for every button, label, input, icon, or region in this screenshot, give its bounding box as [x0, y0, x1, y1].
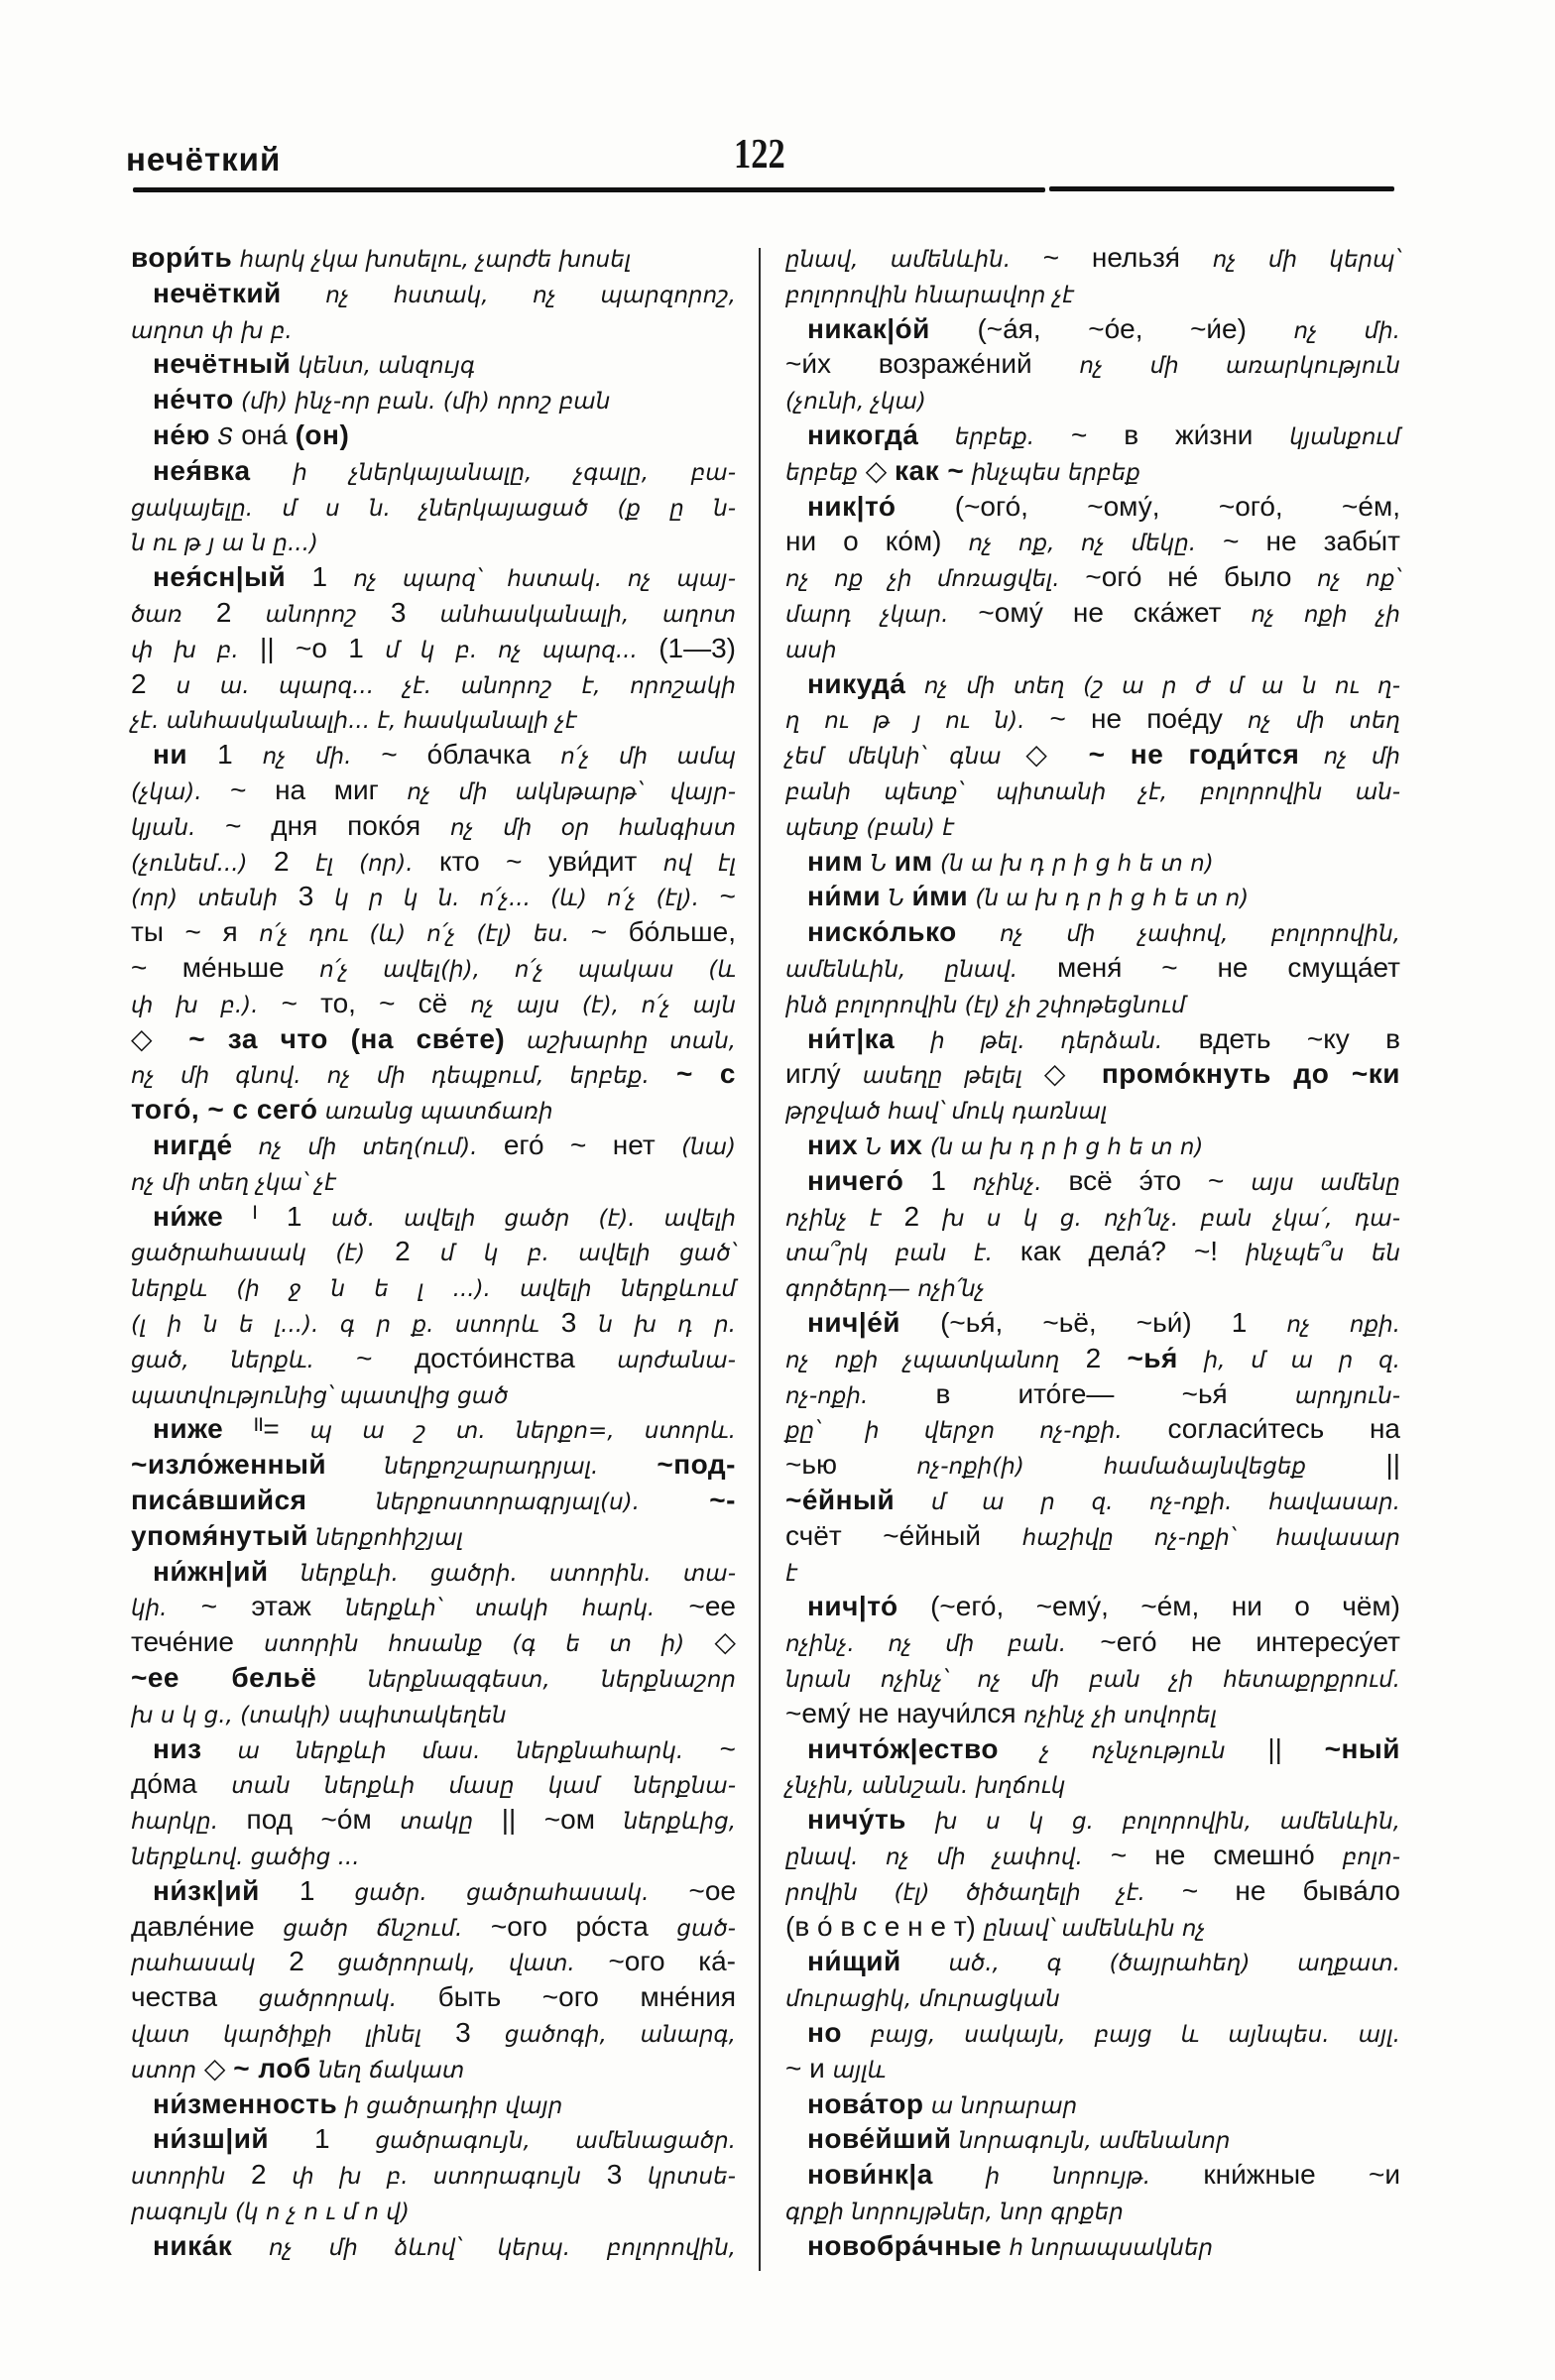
headword: ни́ми	[807, 881, 881, 911]
entry-first-line: ниско́лько ոչ մի չափով, բոլորովին,	[807, 914, 1400, 950]
armenian-translation: բոլորովին հնարավոր չէ	[785, 283, 1074, 308]
headword: ничто́ж|ество	[807, 1733, 999, 1764]
line-text: нея́вка ի չներկայանալը, չգալը, բա-	[153, 453, 736, 492]
russian-text: ◇	[1002, 739, 1089, 770]
headword: ~ лоб	[233, 2053, 310, 2083]
headword: промо́кнуть до ~ки	[1102, 1058, 1400, 1089]
armenian-translation: ոչ այս (է), ո՛չ այն	[470, 993, 736, 1018]
armenian-translation: (ն ա խ դ ր ի ց հ ե տ ո)	[968, 886, 1249, 911]
armenian-translation: կյան.	[131, 815, 195, 841]
armenian-translation: մ կ բ. ոչ պարզ...	[385, 638, 638, 663]
line-text: (չունի, չկա)	[785, 382, 926, 420]
entry-continuation-line: ոչ ոք չի մոռացվել. ~ого́ не́ было ոչ ոք՝	[785, 559, 1400, 595]
headword: ни́зменность	[153, 2088, 337, 2119]
entry-first-line: нове́йший նորագույն, ամենանոր	[807, 2121, 1400, 2157]
headword: нова́тор	[807, 2088, 923, 2119]
russian-text: 2	[256, 1946, 338, 1976]
armenian-translation: ինչպե՞ս են	[1246, 1241, 1400, 1266]
line-text: է	[785, 1554, 797, 1593]
line-text: но բայց, սակայն, բայց և այնպես. այլ.	[807, 2015, 1400, 2054]
line-text: ни́зк|ий 1 ցածր. ցածրահասակ. ~ое	[153, 1873, 736, 1912]
armenian-translation: հարկ չկա խոսելու, չարժե խոսել	[232, 247, 631, 273]
headword: низ	[153, 1733, 202, 1764]
left-column: вори́ть հարկ չկա խոսելու, չարժե խոսելнеч…	[131, 0, 736, 2380]
entry-first-line: них Ն их (ն ա խ դ ր ի ց հ ե տ ո)	[807, 1128, 1400, 1163]
armenian-translation: ոչ մի առարկություն	[1079, 353, 1400, 379]
entry-first-line: ничто́ж|ество չ ոչնչություն || ~ный	[807, 1731, 1400, 1767]
line-text: ~ему́ не научи́лся ոչինչ չի սովորել	[785, 1696, 1217, 1734]
entry-continuation-line: ղ ու թ յ ու ն). ~ не пое́ду ոչ մի տեղ	[785, 701, 1400, 737]
entry-continuation-line: րովին (էլ) ծիծաղելի չէ. ~ не быва́ло	[785, 1873, 1400, 1909]
line-text: ~ее бельё ներքնազգեստ, ներքնաշոր	[131, 1660, 736, 1699]
armenian-translation: ասի	[785, 638, 837, 663]
armenian-translation: աշխարհը տան,	[505, 1028, 736, 1054]
headword: упомя́нутый	[131, 1520, 308, 1551]
line-text: բոլորովին հնարավոր չէ	[785, 276, 1074, 314]
line-text: писа́вшийся ներքոստորագրյալ(ս). ~-	[131, 1483, 736, 1521]
russian-text: ~ то, ~ сё	[258, 988, 470, 1018]
entry-continuation-line: упомя́нутый ներքոհիշյալ	[131, 1518, 736, 1554]
armenian-translation: ո՛չ մի ամպ	[560, 744, 736, 770]
russian-text: ~	[683, 1733, 736, 1764]
line-text: ղ ու թ յ ու ն). ~ не пое́ду ոչ մի տեղ	[785, 701, 1400, 740]
line-text: ни́жн|ий ներքևի. ցածրի. ստորին. տա-	[153, 1554, 736, 1593]
russian-text: ◇	[196, 2053, 233, 2083]
entry-continuation-line: ~ему́ не научи́лся ոչինչ չի սովորել	[785, 1696, 1400, 1731]
headword: ника́к	[153, 2230, 232, 2261]
entry-first-line: нея́сн|ый 1 ոչ պարզ՝ հստակ. ոչ պայ-	[153, 559, 736, 595]
russian-text: кни́жные ~и	[1150, 2159, 1400, 2190]
russian-text: 2	[1059, 1343, 1127, 1373]
entry-continuation-line: того́, ~ с сего́ առանց պատճառի	[131, 1092, 736, 1128]
dictionary-page: нечёткий 122 вори́ть հարկ չկա խոսելու, չ…	[0, 0, 1555, 2380]
russian-text: 2	[247, 846, 315, 877]
armenian-translation: ի, մ ա ր զ.	[1178, 1348, 1400, 1373]
armenian-translation: ոչ մի.	[263, 744, 352, 770]
line-text: քը՝ ի վերջո ոչ-ոքի. согласи́тесь на	[785, 1411, 1400, 1450]
armenian-translation: հ նորապսակներ	[1002, 2235, 1213, 2261]
headword: не́ю	[153, 419, 210, 450]
armenian-translation: ծառ	[131, 602, 182, 628]
armenian-translation: ներքևից,	[623, 1809, 736, 1835]
entry-first-line: ничу́ть խ ս կ ց. բոլորովին, ամենևին,	[807, 1802, 1400, 1838]
entry-continuation-line: 2 ս ա. պարզ... չէ. անորոշ է, որոշակի	[131, 666, 736, 702]
entry-continuation-line: պատվությունից՝ պատվից ցած	[131, 1376, 736, 1412]
line-text: ~и́х возраже́ний ոչ մի առարկություն	[785, 346, 1400, 385]
russian-text: (~ья́, ~ьё, ~ьи́) 1	[900, 1307, 1286, 1338]
line-text: 2 ս ա. պարզ... չէ. անորոշ է, որոշակի	[131, 666, 736, 705]
entry-continuation-line: ստորին 2 փ խ բ. ստորագույն 3 կրտսե-	[131, 2157, 736, 2193]
line-text: никуда́ ոչ մի տեղ (շ ա ր ժ մ ա ն ու ղ-	[807, 666, 1400, 705]
line-text: вори́ть հարկ չկա խոսելու, չարժե խոսել	[131, 240, 631, 279]
headword: ниже	[153, 1413, 223, 1444]
russian-text: 2	[225, 2159, 292, 2190]
entry-continuation-line: (в о́ в с е н е т) ընավ՝ ամենևին ոչ	[785, 1909, 1400, 1945]
armenian-translation: ցածրահասակ (է)	[131, 1241, 365, 1266]
entry-continuation-line: վատ կարծիքի լինել 3 ցածոգի, անարգ,	[131, 2015, 736, 2051]
russian-text: 2	[182, 597, 266, 628]
armenian-translation: ցած, ներքև.	[131, 1348, 314, 1373]
entry-continuation-line: քը՝ ի վերջո ոչ-ոքի. согласи́тесь на	[785, 1411, 1400, 1447]
headword: ник|то́	[807, 491, 896, 522]
armenian-translation: ցածր. ցածրահասակ.	[355, 1880, 650, 1906]
entry-continuation-line: չեմ մեկնի՝ գնա ◇ ~ не годи́тся ոչ մի	[785, 737, 1400, 773]
russian-text: (~ого́, ~ому́, ~ого́, ~е́м,	[896, 491, 1400, 522]
armenian-translation: մուրացիկ, մուրացկան	[785, 1986, 1060, 2012]
line-text: нова́тор ա նորարար	[807, 2086, 1077, 2125]
entry-continuation-line: մուրացիկ, մուրացկան	[785, 1979, 1400, 2015]
armenian-translation: ներքև (ի ջ ն ե լ ...). ավելի ներքևում	[131, 1276, 736, 1302]
armenian-translation: ցածրագույն, ամենացածր.	[376, 2128, 736, 2154]
headword: ~е́йный	[785, 1485, 895, 1515]
line-text: պետք (բան) է	[785, 808, 954, 847]
line-text: нич|то́ (~его́, ~ему́, ~е́м, ни о чём)	[807, 1589, 1400, 1624]
armenian-translation: պ ա շ տ. ներքո=, ստորև.	[310, 1418, 736, 1444]
armenian-translation: ոչ ոքի.	[1286, 1312, 1400, 1338]
armenian-translation: պատվությունից՝ պատվից ցած	[131, 1383, 508, 1409]
armenian-translation: ցածրորակ, վատ.	[337, 1951, 574, 1976]
headword: ниско́лько	[807, 916, 957, 947]
headword: нич|то́	[807, 1591, 898, 1621]
line-text: տա՞րկ բան է. как дела́? ~! ինչպե՞ս են	[785, 1234, 1400, 1272]
line-text: ընավ. ոչ մի չափով. ~ не смешно́ բոլո-	[785, 1838, 1400, 1876]
entry-continuation-line: գրքի նորույթներ, նոր գրքեր	[785, 2193, 1400, 2228]
line-text: փ խ բ.). ~ то, ~ сё ոչ այս (է), ո՛չ այն	[131, 986, 736, 1024]
russian-text: ~ бо́льше,	[569, 916, 736, 947]
armenian-translation: (ն ա խ դ ր ի ց հ ե տ ո)	[922, 1134, 1203, 1160]
headword: как ~	[895, 455, 964, 486]
entry-continuation-line: ներքևով. ցածից ...	[131, 1838, 736, 1873]
headword: новобра́чные	[807, 2230, 1002, 2261]
armenian-translation: ցածր ճնշում.	[283, 1916, 462, 1942]
headword: них	[807, 1130, 858, 1160]
headword: и́ми	[911, 881, 968, 911]
armenian-translation: նորագույն, ամենանոր	[951, 2128, 1230, 2154]
line-text: тече́ние ստորին հոսանք (գ ե տ ի) ◇	[131, 1624, 736, 1663]
entry-continuation-line: մարդ չկար. ~ому́ не ска́жет ոչ ոքի չի	[785, 595, 1400, 631]
line-text: не́что (մի) ինչ-որ բան. (մի) որոշ բան	[153, 382, 610, 420]
entry-continuation-line: счёт ~е́йный հաշիվը ոչ-ոքի՝ հավասար	[785, 1518, 1400, 1554]
russian-text: иглу́	[785, 1058, 863, 1089]
entry-continuation-line: давле́ние ցածր ճնշում. ~ого ро́ста ցած-	[131, 1909, 736, 1945]
line-text: нови́нк|а ի նորույթ. кни́жные ~и	[807, 2157, 1400, 2196]
armenian-translation: ոչ ոք, ոչ մեկը.	[969, 531, 1197, 556]
armenian-translation: վատ կարծիքի լինել	[131, 2022, 421, 2048]
armenian-translation: թրջված հավ՝ մուկ դառնալ	[785, 1099, 1107, 1125]
entry-first-line: нич|то́ (~его́, ~ему́, ~е́м, ни о чём)	[807, 1589, 1400, 1624]
russian-text: ~ нельзя́	[1011, 242, 1213, 273]
entry-continuation-line: ~ее бельё ներքնազգեստ, ներքնաշոր	[131, 1660, 736, 1696]
line-text: (в о́ в с е н е т) ընավ՝ ամենևին ոչ	[785, 1909, 1206, 1948]
entry-continuation-line: иглу́ ասեղը թելել ◇ промо́кнуть до ~ки	[785, 1056, 1400, 1092]
armenian-translation: ոչ-ոքի(ի) համաձայնվեցեք	[916, 1454, 1306, 1480]
armenian-translation: ընավ՝ ամենևին ոչ	[984, 1916, 1206, 1942]
headword: ~ не годи́тся	[1089, 739, 1300, 770]
entry-continuation-line: ինձ բոլորովին (էլ) չի շփոթեցնում	[785, 986, 1400, 1021]
line-text: ցածրահասակ (է) 2 մ կ բ. ավելի ցած՝	[131, 1234, 736, 1272]
headword: ~изло́женный	[131, 1449, 326, 1480]
line-text: ни́т|ка ի թել. դերձան. вдеть ~ку в	[807, 1021, 1400, 1060]
russian-text: ~ого ка́-	[575, 1946, 736, 1976]
armenian-translation: ցած-	[676, 1916, 736, 1942]
russian-text: счёт ~е́йный	[785, 1520, 1022, 1551]
line-text: того́, ~ с сего́ առանց պատճառի	[131, 1092, 553, 1130]
armenian-translation: ցածոգի, անարգ,	[505, 2022, 736, 2048]
headword: ~-	[640, 1485, 736, 1515]
armenian-translation: ոչ հստակ, ոչ պարզորոշ,	[282, 283, 736, 308]
russian-text: всё э́то ~	[1042, 1165, 1252, 1196]
line-text: низ ա ներքևի մաս. ներքնահարկ. ~	[153, 1731, 736, 1770]
russian-text: ~ не быва́ло	[1145, 1875, 1400, 1906]
armenian-translation: գրքի նորույթներ, նոր գրքեր	[785, 2200, 1124, 2225]
headword: ~ее бельё	[131, 1662, 316, 1693]
armenian-translation: ստոր	[131, 2058, 196, 2083]
armenian-translation: խ ս կ ց. ոչի՛նչ. բան չկա՛, դա-	[942, 1206, 1400, 1232]
russian-text: ~ ме́ньше	[131, 952, 319, 983]
russian-text: ~ое	[649, 1875, 736, 1906]
headword: писа́вшийся	[131, 1485, 307, 1515]
armenian-translation: կ ր կ ն. ո՛չ... (և) ո՛չ (էլ).	[334, 886, 699, 911]
russian-text: ᴵᴵ=	[223, 1413, 309, 1444]
russian-text: (~его́, ~ему́, ~е́м, ни о чём)	[898, 1591, 1400, 1621]
entry-continuation-line: է	[785, 1554, 1400, 1590]
armenian-translation: (որ) տեսնի	[131, 886, 278, 911]
armenian-translation: ոչինչ չի սովորել	[1023, 1703, 1217, 1728]
headword: им	[895, 846, 933, 877]
line-text: գործերդ— ոչի՛նչ	[785, 1269, 985, 1308]
armenian-translation: պետք (բան) է	[785, 815, 954, 841]
armenian-translation: ի նորույթ.	[933, 2164, 1150, 2190]
headword: ~ья́	[1127, 1343, 1177, 1373]
line-text: չեմ մեկնի՝ գնա ◇ ~ не годи́тся ոչ մի	[785, 737, 1400, 775]
armenian-translation: կրտսե-	[648, 2164, 736, 2190]
line-text: նրան ոչինչ՝ ոչ մի բան չի հետաքրքրում.	[785, 1660, 1400, 1699]
line-text: ոչ ոքի չպատկանող 2 ~ья́ ի, մ ա ր զ.	[785, 1341, 1400, 1379]
russian-text: 3	[278, 881, 334, 911]
line-text: ինձ բոլորովին (էլ) չի շփոթեցնում	[785, 986, 1185, 1024]
armenian-translation: բանի պետք՝ պիտանի չէ, բոլորովին ան-	[785, 779, 1400, 805]
entry-continuation-line: ոչինչ է 2 խ ս կ ց. ոչի՛նչ. բան չկա՛, դա-	[785, 1199, 1400, 1235]
armenian-translation: ո՛չ դու (և) ո՛չ (էլ) ես.	[259, 921, 569, 947]
entry-first-line: ни́же ᴵ 1 ած. ավելի ցածր (է). ավելի	[153, 1199, 736, 1235]
line-text: ниже ᴵᴵ= պ ա շ տ. ներքո=, ստորև.	[153, 1411, 736, 1450]
right-column: ընավ, ամենևին. ~ нельзя́ ոչ մի կերպ՝բոլո…	[785, 0, 1400, 2380]
line-text: ոչ ոք չի մոռացվել. ~ого́ не́ было ոչ ոք՝	[785, 559, 1400, 598]
armenian-translation: հաշիվը ոչ-ոքի՝ հավասար	[1022, 1525, 1400, 1551]
armenian-translation: ներքևի՝ տակի հարկ.	[345, 1596, 655, 1621]
line-text: կի. ~ этаж ներքևի՝ տակի հարկ. ~ее	[131, 1589, 736, 1627]
armenian-translation: ստորին	[131, 2164, 225, 2190]
armenian-translation: տակը	[400, 1809, 473, 1835]
armenian-translation: (լ ի ն ե լ...). գ ր ք. ստորև	[131, 1312, 539, 1338]
entry-first-line: новобра́чные հ նորապսակներ	[807, 2228, 1400, 2264]
entry-continuation-line: (որ) տեսնի 3 կ ր կ ն. ո՛չ... (և) ո՛չ (էլ…	[131, 879, 736, 914]
armenian-translation: (նա)	[681, 1134, 736, 1160]
line-text: ասի	[785, 631, 837, 669]
armenian-translation: (չկա).	[131, 779, 202, 805]
russian-text: (в о́ в с е н е т)	[785, 1911, 984, 1942]
headword: но	[807, 2017, 842, 2048]
column-divider	[759, 248, 761, 2271]
entry-continuation-line: ցակայելը. մ ս ն. չներկայացած (ք ը ն-	[131, 489, 736, 525]
line-text: ~изло́женный ներքոշարադրյալ. ~под-	[131, 1447, 736, 1486]
headword: нея́сн|ый	[153, 561, 286, 592]
armenian-translation: րովին (էլ) ծիծաղելի չէ.	[785, 1880, 1145, 1906]
armenian-translation: քը՝ ի վերջո ոչ-ոքի.	[785, 1418, 1123, 1444]
russian-text: 1	[286, 561, 353, 592]
armenian-translation: ած. ավելի ցածր (է). ավելի	[331, 1206, 736, 1232]
armenian-translation: անհասկանալի, աղոտ	[440, 602, 736, 628]
russian-text: ◇	[1022, 1058, 1102, 1089]
entry-continuation-line: ~и́х возраже́ний ոչ մի առարկություն	[785, 346, 1400, 382]
line-text: մուրացիկ, մուրացկան	[785, 1979, 1060, 2018]
entry-first-line: ним Ն им (ն ա խ դ ր ի ց հ ե տ ո)	[807, 844, 1400, 880]
line-text: ни́зменность ի ցածրադիր վայր	[153, 2086, 562, 2125]
entry-continuation-line: (չունեմ...) 2 էլ (որ). кто ~ уви́дит ով …	[131, 844, 736, 880]
entry-continuation-line: ~е́йный մ ա ր զ. ոչ-ոքի. հավասար.	[785, 1483, 1400, 1518]
armenian-translation: րահասակ	[131, 1951, 256, 1976]
line-text: нич|е́й (~ья́, ~ьё, ~ьи́) 1 ոչ ոքի.	[807, 1305, 1400, 1344]
line-text: ниско́лько ոչ մի չափով, բոլորովին,	[807, 914, 1400, 953]
line-text: нечёткий ոչ հստակ, ոչ պարզորոշ,	[153, 276, 736, 314]
armenian-translation: ոչ պարզ՝ հստակ. ոչ պայ-	[353, 566, 736, 592]
russian-text: ᴵ 1	[223, 1201, 331, 1232]
headword: ним	[807, 846, 863, 877]
headword: (он)	[296, 419, 350, 450]
armenian-translation: ոչ մի.	[1294, 318, 1400, 344]
armenian-translation: ոչինչ. ոչ մի բան.	[785, 1631, 1066, 1657]
entry-continuation-line: ~изло́женный ներքոշարադրյալ. ~под-	[131, 1447, 736, 1483]
headword: ~под-	[598, 1449, 736, 1480]
line-text: վատ կարծիքի լինել 3 ցածոգի, անարգ,	[131, 2015, 736, 2054]
entry-first-line: низ ա ներքևի մաս. ներքնահարկ. ~	[153, 1731, 736, 1767]
armenian-translation: ոչ մի օր հանգիստ	[450, 815, 736, 841]
line-text: ցած, ներքև. ~ досто́инства արժանա-	[131, 1341, 736, 1379]
line-text: ընավ, ամենևին. ~ нельзя́ ոչ մի կերպ՝	[785, 240, 1400, 279]
russian-text: вдеть ~ку в	[1162, 1023, 1400, 1054]
russian-text: чества	[131, 1981, 259, 2012]
entry-continuation-line: չնչին, աննշան. խղճուկ	[785, 1766, 1400, 1802]
armenian-translation: ներքևի. ցածրի. ստորին. տա-	[269, 1561, 736, 1587]
entry-continuation-line: ընավ, ամենևին. ~ нельзя́ ոչ մի կերպ՝	[785, 240, 1400, 276]
headword: ни́жн|ий	[153, 1556, 269, 1587]
armenian-translation: ոչ մի տեղ(ում).	[233, 1134, 478, 1160]
line-text: րագույն (կ ո չ ո ւ մ ո վ)	[131, 2193, 410, 2231]
headword: ~ за что (на све́те)	[188, 1023, 505, 1054]
line-text: բանի պետք՝ պիտանի չէ, բոլորովին ան-	[785, 773, 1400, 811]
line-text: ни 1 ոչ մի. ~ о́блачка ո՛չ մի ամպ	[153, 737, 736, 775]
line-text: счёт ~е́йный հաշիվը ոչ-ոքի՝ հավասար	[785, 1518, 1400, 1557]
russian-text: согласи́тесь на	[1123, 1413, 1400, 1444]
line-text: ոչ-ոքի. в ито́ге— ~ья́ արդյուն-	[785, 1376, 1400, 1415]
armenian-translation: ոչ մի տեղ	[1248, 708, 1400, 734]
armenian-translation: երբեք.	[918, 424, 1034, 450]
armenian-translation: նրան ոչինչ՝ ոչ մի բան չի հետաքրքրում.	[785, 1667, 1400, 1693]
armenian-translation: ասեղը թելել	[863, 1063, 1022, 1089]
armenian-translation: մ ա ր զ. ոչ-ոքի. հավասար.	[895, 1489, 1400, 1515]
armenian-translation: մ կ բ. ավելի ցած՝	[440, 1241, 736, 1266]
entry-first-line: ни 1 ոչ մի. ~ о́блачка ո՛չ մի ամպ	[153, 737, 736, 773]
armenian-translation: գործերդ— ոչի՛նչ	[785, 1276, 985, 1302]
entry-first-line: ни́щий ած., գ (ծայրահեղ) աղքատ.	[807, 1944, 1400, 1979]
line-text: до́ма տան ներքևի մասը կամ ներքնա-	[131, 1766, 736, 1805]
headword: нове́йший	[807, 2123, 951, 2154]
armenian-translation: ամենևին, ընավ.	[785, 957, 1017, 983]
headword: нея́вка	[153, 455, 251, 486]
russian-text: 1	[903, 1165, 973, 1196]
russian-text: тече́ние	[131, 1626, 264, 1657]
line-text: давле́ние ցածր ճնշում. ~ого ро́ста ցած-	[131, 1909, 736, 1948]
russian-text: ~ому́ не ска́жет	[948, 597, 1251, 628]
line-text: ծառ 2 անորոշ 3 անհասկանալի, աղոտ	[131, 595, 736, 634]
armenian-translation: ի թել. դերձան.	[895, 1028, 1162, 1054]
russian-text: под ~о́м	[218, 1804, 400, 1835]
entry-first-line: ничего́ 1 ոչինչ. всё э́то ~ այս ամենը	[807, 1163, 1400, 1199]
armenian-translation: ներքոստորագրյալ(ս).	[307, 1489, 640, 1515]
entry-continuation-line: երբեք ◇ как ~ ինչպես երբեք	[785, 453, 1400, 489]
line-text: հարկը. под ~о́м տակը || ~ом ներքևից,	[131, 1802, 736, 1841]
armenian-translation: ա ներքևի մաս. ներքնահարկ.	[202, 1738, 684, 1764]
line-text: կյան. ~ дня поко́я ոչ մի օր հանգիստ	[131, 808, 736, 847]
russian-text: ~ого́ не́ было	[1060, 561, 1318, 592]
armenian-translation: մարդ չկար.	[785, 602, 948, 628]
armenian-translation: ոչ մի կերպ՝	[1213, 247, 1400, 273]
entry-first-line: ни́т|ка ի թել. դերձան. вдеть ~ку в	[807, 1021, 1400, 1057]
entry-continuation-line: до́ма տան ներքևի մասը կամ ներքնա-	[131, 1766, 736, 1802]
russian-text: в ито́ге— ~ья́	[868, 1378, 1295, 1409]
entry-continuation-line: ոչինչ. ոչ մի բան. ~его́ не интересу́ет	[785, 1624, 1400, 1660]
armenian-translation: փ խ բ. ստորագույն	[292, 2164, 581, 2190]
armenian-translation: ա նորարար	[923, 2093, 1077, 2119]
russian-text: ◇	[684, 1626, 736, 1657]
armenian-translation: էլ (որ).	[315, 851, 414, 877]
entry-continuation-line: ծառ 2 անորոշ 3 անհասկանալի, աղոտ	[131, 595, 736, 631]
entry-continuation-line: պետք (բան) է	[785, 808, 1400, 844]
russian-text: 3	[581, 2159, 648, 2190]
armenian-translation: կյանքում	[1289, 424, 1400, 450]
entry-continuation-line: ստոր ◇ ~ лоб նեղ ճակատ	[131, 2051, 736, 2086]
armenian-translation: ղ ու թ յ ու ն).	[785, 708, 1024, 734]
entry-first-line: нечёткий ոչ հստակ, ոչ պարզորոշ,	[153, 276, 736, 311]
armenian-translation: ներքնազգեստ, ներքնաշոր	[316, 1667, 736, 1693]
entry-continuation-line: կի. ~ этаж ներքևի՝ տակի հարկ. ~ее	[131, 1589, 736, 1624]
armenian-translation: արդյուն-	[1295, 1383, 1400, 1409]
line-text: (չունեմ...) 2 էլ (որ). кто ~ уви́дит ով …	[131, 844, 736, 883]
armenian-translation: ոչ ոքի չպատկանող	[785, 1348, 1059, 1373]
armenian-translation: ընավ. ոչ մի չափով.	[785, 1844, 1083, 1870]
line-text: иглу́ ասեղը թելել ◇ промо́кнуть до ~ки	[785, 1056, 1400, 1095]
armenian-translation: այս ամենը	[1251, 1170, 1400, 1196]
entry-continuation-line: ընավ. ոչ մի չափով. ~ не смешно́ բոլո-	[785, 1838, 1400, 1873]
russian-text: 3	[539, 1307, 599, 1338]
armenian-translation: անորոշ	[266, 602, 357, 628]
entry-continuation-line: ◇ ~ за что (на све́те) աշխարհը տան,	[131, 1021, 736, 1057]
line-text: ~ и այլև	[785, 2051, 886, 2089]
armenian-translation: ն ու թ յ ա ն ը...)	[131, 531, 318, 556]
line-text: ни́ми Ն и́ми (ն ա խ դ ր ի ց հ ե տ ո)	[807, 879, 1249, 917]
armenian-translation: փ խ բ.).	[131, 993, 258, 1018]
russian-text: кто ~ уви́дит	[414, 846, 663, 877]
russian-text: 1	[187, 739, 262, 770]
armenian-translation: ցակայելը. մ ս ն. չներկայացած (ք ը ն-	[131, 496, 736, 522]
line-text: новобра́чные հ նորապսակներ	[807, 2228, 1213, 2267]
entry-continuation-line: писа́вшийся ներքոստորագրյալ(ս). ~-	[131, 1483, 736, 1518]
russian-text: ~ на миг	[202, 774, 408, 805]
entry-continuation-line: (լ ի ն ե լ...). գ ր ք. ստորև 3 ն խ դ ր.	[131, 1305, 736, 1341]
entry-first-line: нигде́ ոչ մի տեղ(ում). его́ ~ нет (նա)	[153, 1128, 736, 1163]
entry-first-line: нова́тор ա նորարար	[807, 2086, 1400, 2122]
headword: нич|е́й	[807, 1307, 900, 1338]
